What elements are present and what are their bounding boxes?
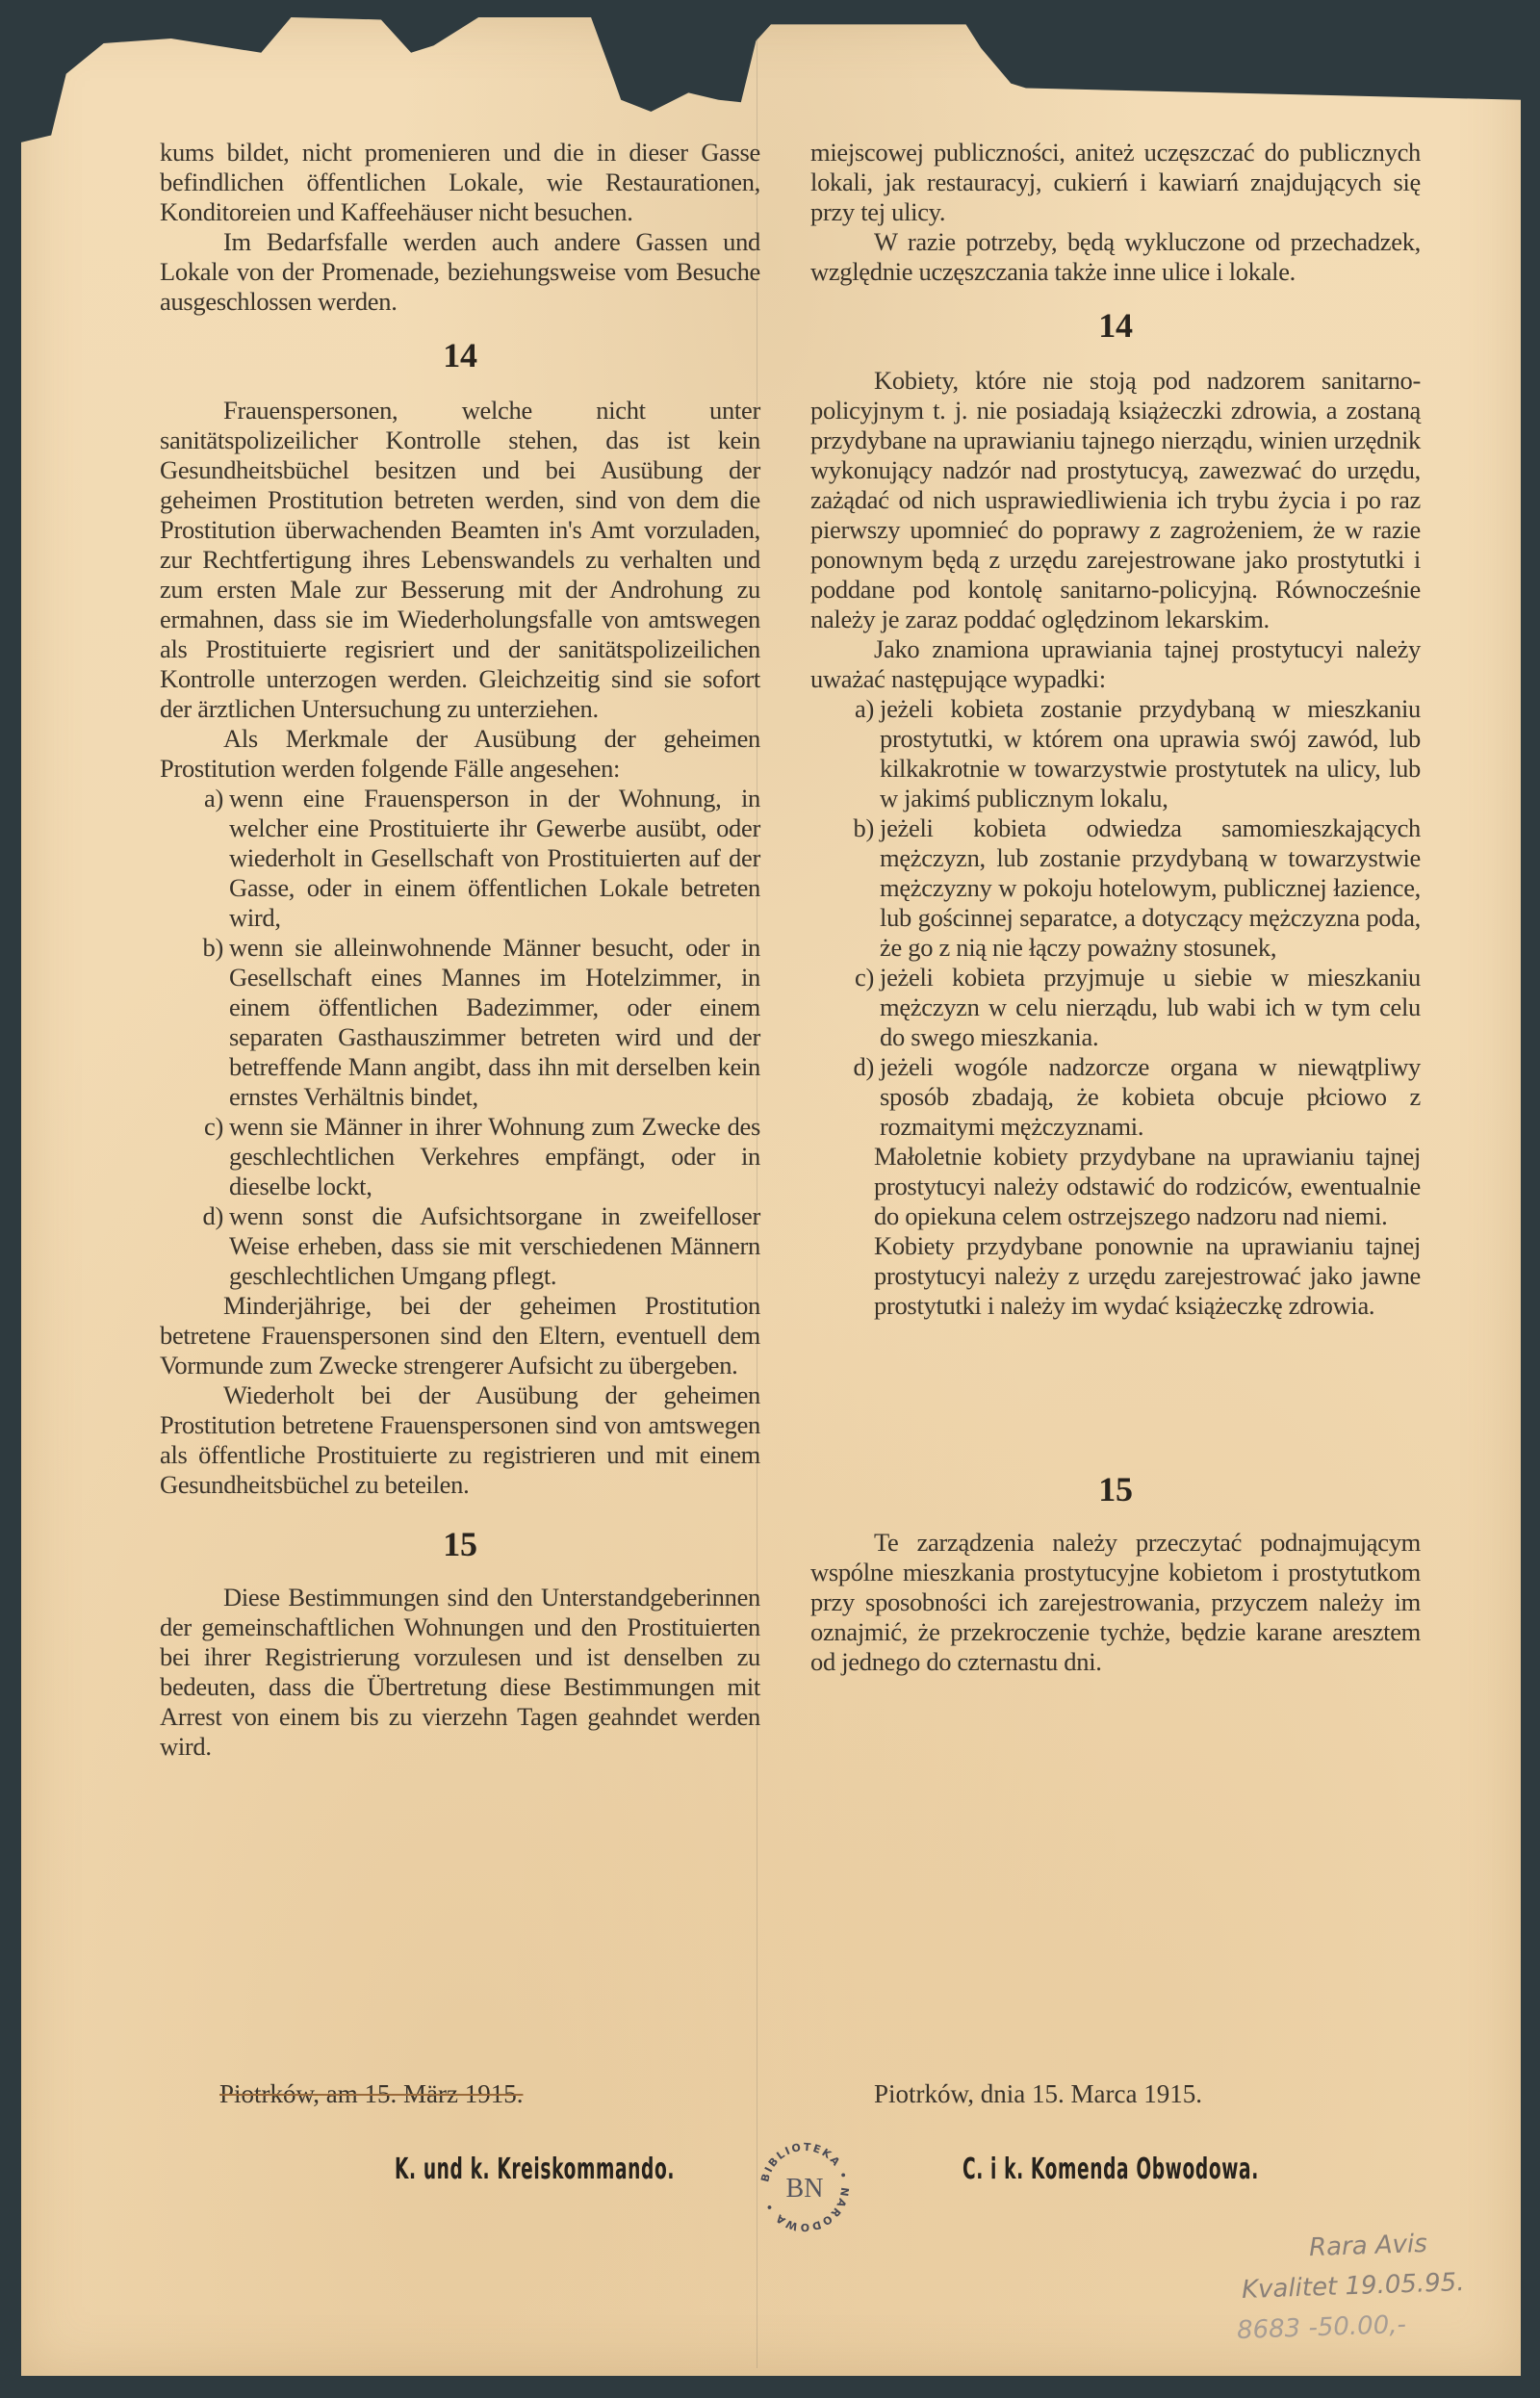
list-text: wenn sonst die Aufsichtsorgane in zweife…: [229, 1201, 760, 1291]
polish-intro-para2: W razie potrzeby, będą wykluczone od prz…: [810, 227, 1421, 287]
list-label: c): [810, 963, 880, 1052]
german-intro-para2: Im Bedarfsfalle werden auch andere Gasse…: [160, 227, 760, 317]
list-text: wenn eine Frauensperson in der Wohnung, …: [229, 784, 760, 933]
german-section-14-para3: Minderjährige, bei der geheimen Prostitu…: [160, 1291, 760, 1380]
german-list-item-b: b) wenn sie alleinwohnende Männer besuch…: [160, 933, 760, 1112]
list-label: b): [810, 813, 880, 963]
stamp-ring-icon: BIBLIOTEKA • NARODOWA • BN: [753, 2135, 857, 2239]
polish-list-item-d: d) jeżeli wogóle nadzorcze organa w niew…: [810, 1052, 1421, 1142]
svg-text:BN: BN: [786, 2174, 824, 2204]
list-text: jeżeli kobieta odwiedza samomieszkającyc…: [880, 813, 1421, 963]
list-text: jeżeli kobieta zostanie przydybaną w mie…: [880, 694, 1421, 813]
german-section-14-para1: Frauenspersonen, welche nicht unter sani…: [160, 396, 760, 724]
german-column: kums bildet, nicht promenieren und die i…: [160, 138, 760, 1762]
german-list-item-d: d) wenn sonst die Aufsichtsorgane in zwe…: [160, 1201, 760, 1291]
handwritten-note-line3: 8683 -50.00,-: [1237, 2310, 1407, 2345]
library-stamp: BIBLIOTEKA • NARODOWA • BN: [753, 2135, 857, 2239]
list-text: wenn sie Männer in ihrer Wohnung zum Zwe…: [229, 1112, 760, 1201]
polish-section-14-para4: Kobiety przydybane ponownie na uprawiani…: [810, 1231, 1421, 1321]
polish-list-item-b: b) jeżeli kobieta odwiedza samomieszkają…: [810, 813, 1421, 963]
list-label: a): [810, 694, 880, 813]
polish-list-item-a: a) jeżeli kobieta zostanie przydybaną w …: [810, 694, 1421, 813]
polish-signature: C. i k. Komenda Obwodowa.: [962, 2153, 1259, 2186]
polish-section-14-para2: Jako znamiona uprawiania tajnej prostytu…: [810, 634, 1421, 694]
list-label: c): [160, 1112, 229, 1201]
german-intro-text: kums bildet, nicht promenieren und die i…: [160, 138, 760, 227]
german-signature: K. und k. Kreiskommando.: [395, 2153, 675, 2186]
list-label: a): [160, 784, 229, 933]
polish-section-15-heading: 15: [810, 1470, 1421, 1508]
list-label: d): [810, 1052, 880, 1142]
handwritten-note-line1: Rara Avis: [1309, 2230, 1428, 2262]
polish-section-14-para3: Małoletnie kobiety przydybane na uprawia…: [810, 1142, 1421, 1231]
polish-intro-text: miejscowej publiczności, aniteż uczęszcz…: [810, 138, 1421, 227]
polish-section-15-para1: Te zarządzenia należy przeczytać podnajm…: [810, 1528, 1421, 1677]
german-section-14-heading: 14: [160, 336, 760, 374]
german-section-15-heading: 15: [160, 1525, 760, 1563]
polish-place-date: Piotrków, dnia 15. Marca 1915.: [874, 2079, 1202, 2109]
polish-section-14-heading: 14: [810, 306, 1421, 345]
list-text: jeżeli kobieta przyjmuje u siebie w mies…: [880, 963, 1421, 1052]
german-list-item-c: c) wenn sie Männer in ihrer Wohnung zum …: [160, 1112, 760, 1201]
list-text: wenn sie alleinwohnende Männer besucht, …: [229, 933, 760, 1112]
german-place-date: Piotrków, am 15. März 1915.: [219, 2079, 523, 2109]
list-text: jeżeli wogóle nadzorcze organa w niewątp…: [880, 1052, 1421, 1142]
list-label: b): [160, 933, 229, 1112]
polish-section-14-para1: Kobiety, które nie stoją pod nadzorem sa…: [810, 366, 1421, 634]
german-list-item-a: a) wenn eine Frauensperson in der Wohnun…: [160, 784, 760, 933]
polish-column: miejscowej publiczności, aniteż uczęszcz…: [810, 138, 1421, 1677]
german-section-15-para1: Diese Bestimmungen sind den Unterstandge…: [160, 1583, 760, 1762]
list-label: d): [160, 1201, 229, 1291]
polish-list-item-c: c) jeżeli kobieta przyjmuje u siebie w m…: [810, 963, 1421, 1052]
german-section-14-para4: Wiederholt bei der Ausübung der geheimen…: [160, 1380, 760, 1500]
german-section-14-para2: Als Merkmale der Ausübung der geheimen P…: [160, 724, 760, 784]
